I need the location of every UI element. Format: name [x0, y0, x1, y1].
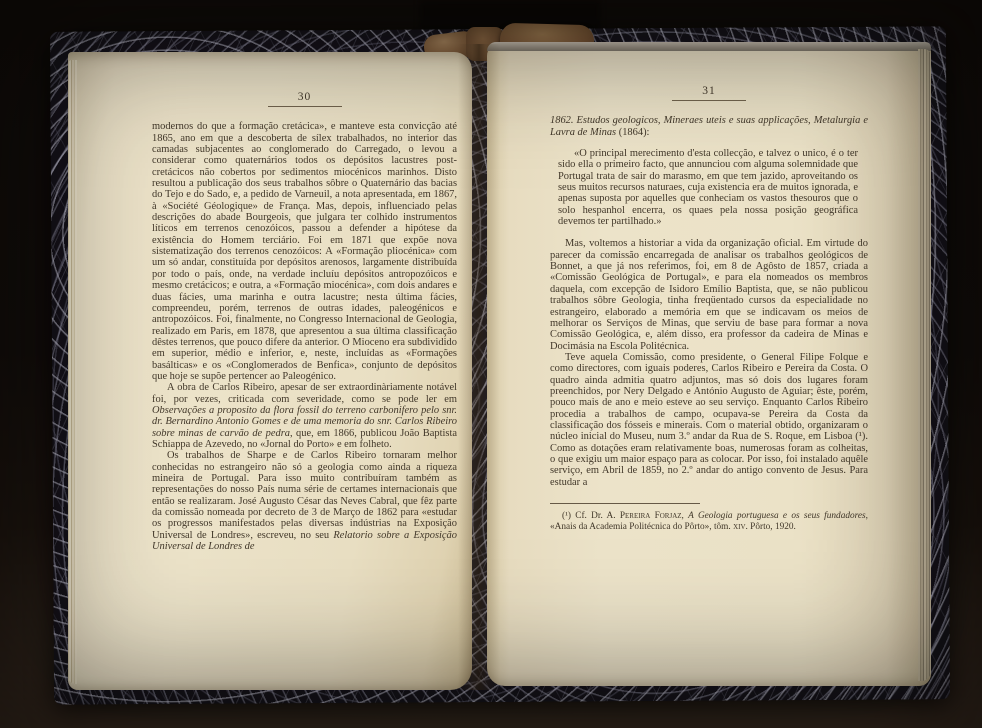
right-page-text: 31 1862. Estudos geologicos, Mineraes ut…	[550, 86, 868, 533]
left-page: 30 modernos do que a formação cretácica»…	[68, 52, 472, 690]
block-quote: «O principal merecimento d'esta collecçã…	[558, 148, 858, 227]
right-page-heading: 1862. Estudos geologicos, Mineraes uteis…	[550, 115, 868, 138]
page-edge-stack-right	[918, 49, 931, 681]
paragraph-3: Os trabalhos de Sharpe e de Carlos Ribei…	[152, 450, 457, 552]
right-page-number-rule	[672, 100, 746, 101]
left-page-number: 30	[152, 92, 457, 103]
footnote-rule	[550, 503, 700, 504]
page-edge-top	[487, 42, 931, 51]
footnote-block: (¹) Cf. Dr. A. Pereira Forjaz, A Geologi…	[550, 511, 868, 533]
right-page: 31 1862. Estudos geologicos, Mineraes ut…	[487, 42, 931, 686]
paragraph-2: A obra de Carlos Ribeiro, apesar de ser …	[152, 382, 457, 450]
right-page-paragraphs: Mas, voltemos a historiar a vida da orga…	[550, 238, 868, 488]
left-page-paragraphs: modernos do que a formação cretácica», e…	[152, 121, 457, 552]
right-page-number: 31	[550, 86, 868, 97]
left-page-text: 30 modernos do que a formação cretácica»…	[152, 92, 457, 552]
paragraph-1: Mas, voltemos a historiar a vida da orga…	[550, 238, 868, 351]
right-page-quote: «O principal merecimento d'esta collecçã…	[550, 148, 868, 227]
paragraph-2: Teve aquela Comissão, como presidente, o…	[550, 352, 868, 488]
section-heading: 1862. Estudos geologicos, Mineraes uteis…	[550, 115, 868, 138]
open-book-photo: 30 modernos do que a formação cretácica»…	[0, 0, 982, 728]
page-edge-stack-left	[68, 60, 77, 684]
paragraph-1: modernos do que a formação cretácica», e…	[152, 121, 457, 382]
left-page-number-rule	[268, 106, 342, 107]
footnote: (¹) Cf. Dr. A. Pereira Forjaz, A Geologi…	[550, 511, 868, 533]
